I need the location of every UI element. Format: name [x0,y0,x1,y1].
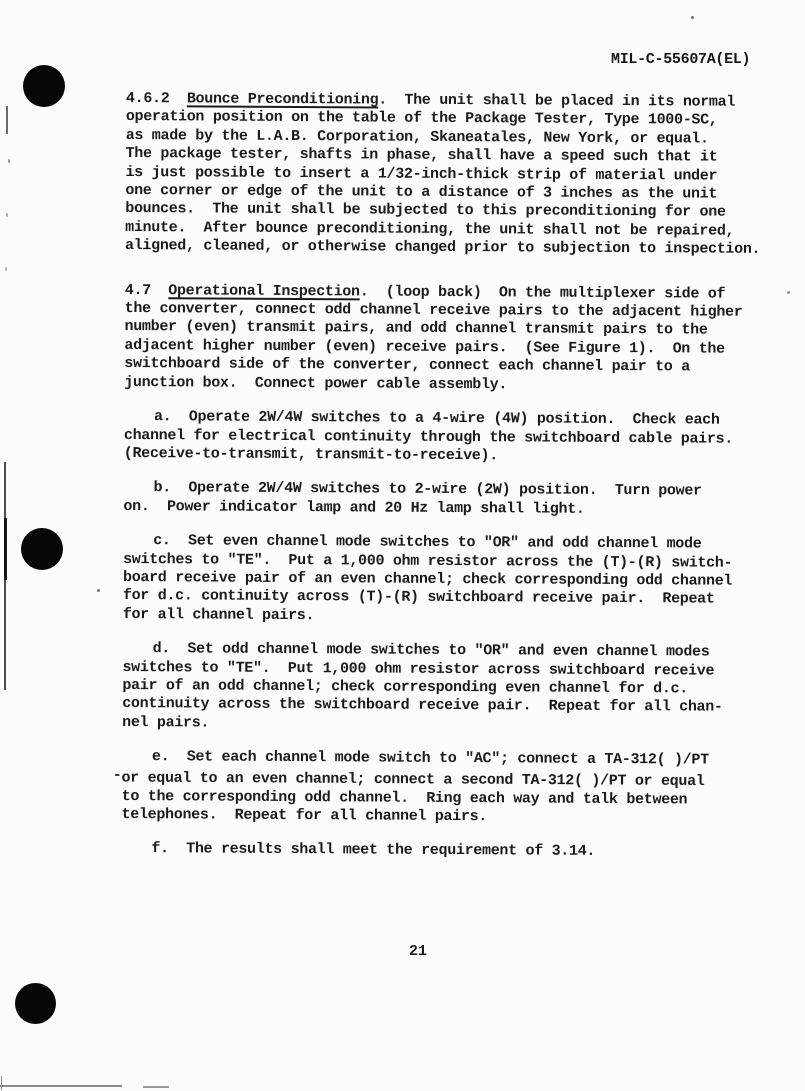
subitem-e: e. Set each channel mode switch to "AC";… [122,748,792,828]
text-segment: or equal to an even channel; connect a s… [121,769,704,790]
paragraph-4-6-2: 4.6.2 Bounce Preconditioning. The unit s… [125,90,796,260]
text-segment: 4.7 [125,282,169,299]
page-number: 21 [409,943,427,960]
scan-artifact-line [143,1086,169,1088]
scan-artifact-speck [5,267,7,271]
subitem-d: d. Set odd channel mode switches to "OR"… [122,640,793,736]
scan-artifact-speck [6,213,8,217]
paragraph-4-7: 4.7 Operational Inspection. (loop back) … [124,282,795,397]
scan-artifact-line [6,106,8,134]
text-segment: - [113,767,122,784]
hole-punch-top [23,65,65,107]
hole-punch-bottom [15,983,56,1024]
text-segment: 4.6.2 [126,90,187,107]
underlined-heading-text: Operational Inspection [168,282,360,300]
spec-number: MIL-C-55607A(EL) [611,51,750,68]
text-line: f. The results shall meet the requiremen… [121,840,791,862]
underlined-heading-text: Bounce Preconditioning [187,90,379,108]
text-segment: . The unit shall be placed in its normal [378,92,735,111]
scan-artifact-line [1,1076,2,1090]
scan-artifact-speck [787,291,790,294]
hole-punch-middle [21,528,63,570]
scanned-document-page: { "page": { "header_ref": "MIL-C-55607A(… [0,0,805,1091]
text-segment: . (loop back) On the multiplexer side of [360,283,726,302]
text-line: junction box. Connect power cable assemb… [124,374,794,396]
subitem-b: b. Operate 2W/4W switches to 2-wire (2W)… [123,479,793,520]
subitem-c: c. Set even channel mode switches to "OR… [123,532,794,628]
scan-artifact-speck [8,159,10,163]
scan-artifact-speck [691,16,694,19]
scan-artifact-speck [97,589,100,592]
subitem-a: a. Operate 2W/4W switches to a 4-wire (4… [124,408,794,467]
scan-artifact-line [0,1085,122,1087]
scan-artifact-line [4,518,7,580]
text-line: aligned, cleaned, or otherwise changed p… [125,237,795,259]
page-surface: MIL-C-55607A(EL) 4.6.2 Bounce Preconditi… [0,0,805,1091]
document-body: 4.6.2 Bounce Preconditioning. The unit s… [121,90,796,879]
text-line: telephones. Repeat for all channel pairs… [122,806,792,828]
subitem-f: f. The results shall meet the requiremen… [121,840,791,862]
